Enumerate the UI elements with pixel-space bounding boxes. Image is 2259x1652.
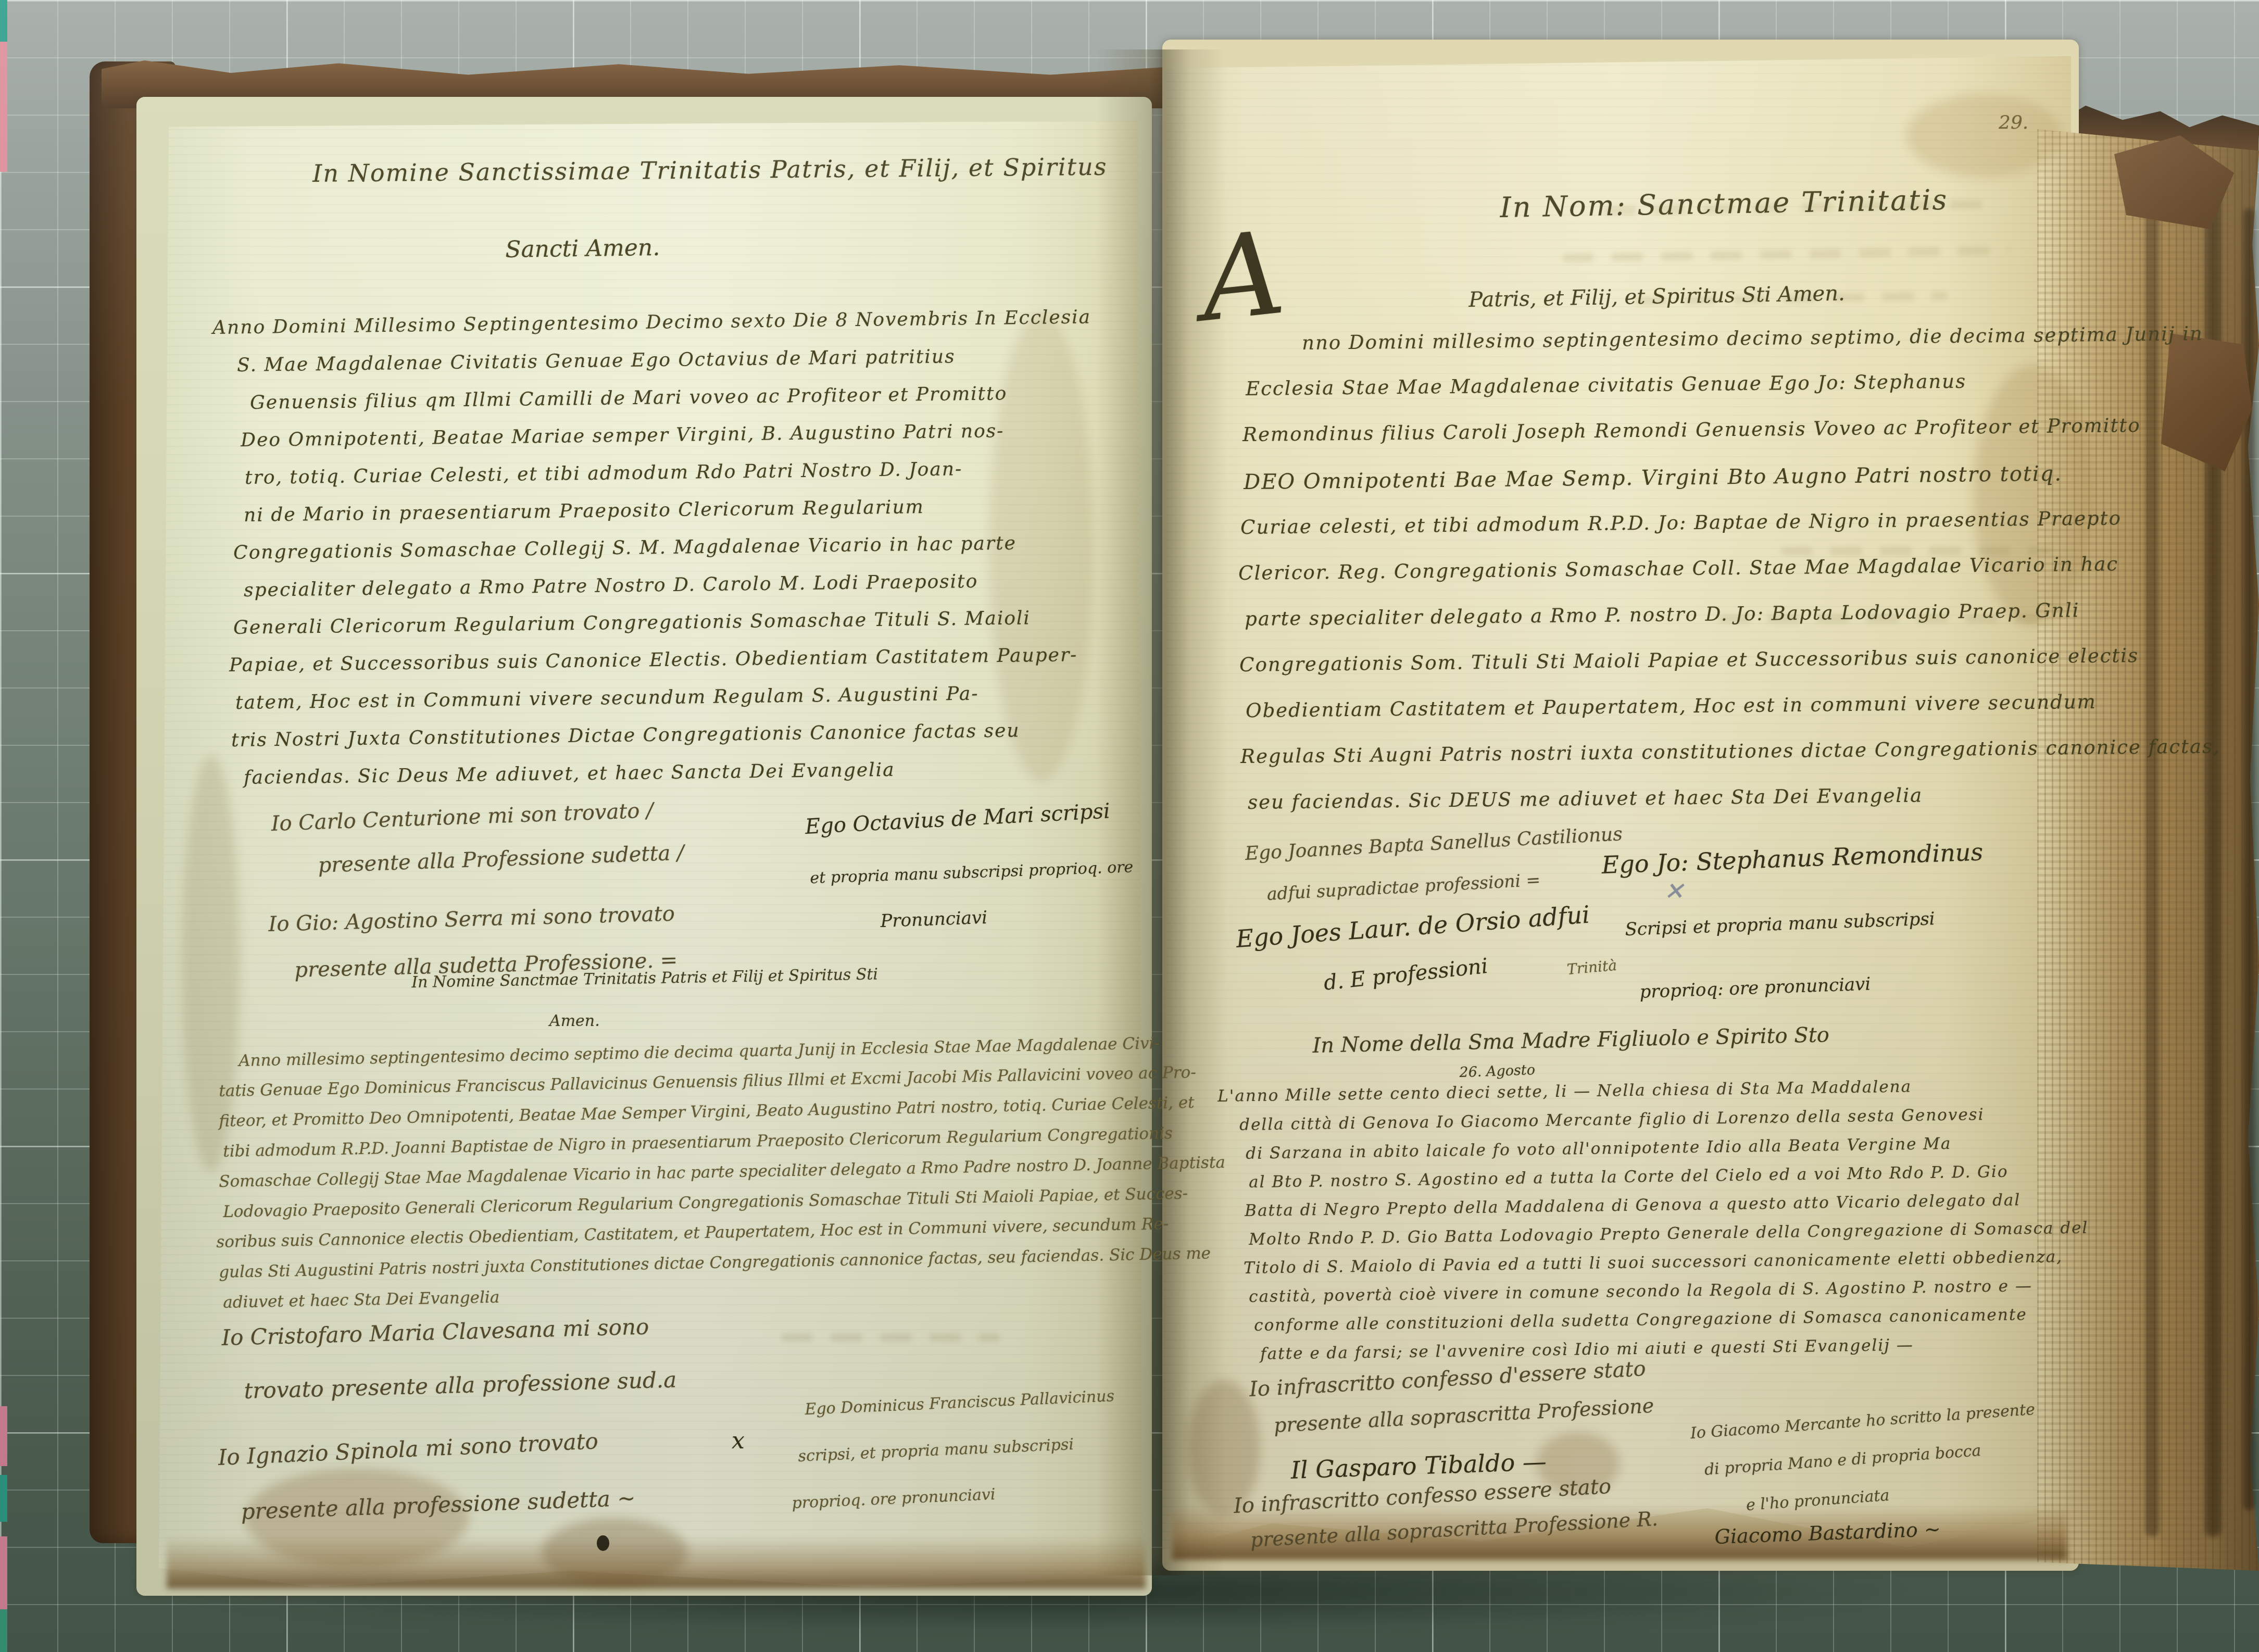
invocation-heading-line: In Nomine Sanctissimae Trinitatis Patris… xyxy=(312,155,1108,185)
invocation-heading-line: Amen. xyxy=(549,1013,600,1029)
paper-stain xyxy=(182,755,240,1172)
color-strip-segment xyxy=(0,0,7,42)
color-strip-segment xyxy=(0,1406,7,1466)
paper-stain xyxy=(542,1518,687,1586)
professed-signature-line: Pronunciavi xyxy=(880,909,988,930)
invocation-heading-line: Sancti Amen. xyxy=(505,236,660,261)
paper-stain xyxy=(1906,94,2062,177)
color-strip-segment xyxy=(0,42,7,172)
decorated-initial: A xyxy=(1195,215,1289,337)
invocation-heading-line: In Nom: Sanctmae Trinitatis xyxy=(1500,186,1949,222)
insertion-note: 26. Agosto xyxy=(1459,1063,1535,1080)
color-strip-segment xyxy=(0,1536,7,1609)
ink-showthrough xyxy=(781,1333,1000,1342)
color-strip-segment xyxy=(0,1475,7,1522)
manuscript-photo-scene: In Nomine Sanctissimae Trinitatis Patris… xyxy=(0,0,2259,1652)
trinita-note: Trinità xyxy=(1566,958,1617,977)
page-number: 29. xyxy=(1999,114,2028,132)
cross-mark: ✕ xyxy=(1664,879,1684,903)
color-strip-segment xyxy=(0,1609,7,1652)
paper-stain xyxy=(1974,365,2093,625)
cross-mark: x xyxy=(732,1430,745,1453)
fore-edge-crevice xyxy=(2145,156,2159,1536)
ink-blot xyxy=(597,1535,609,1551)
invocation-heading-line: Patris, et Filij, et Spiritus Sti Amen. xyxy=(1469,283,1845,310)
